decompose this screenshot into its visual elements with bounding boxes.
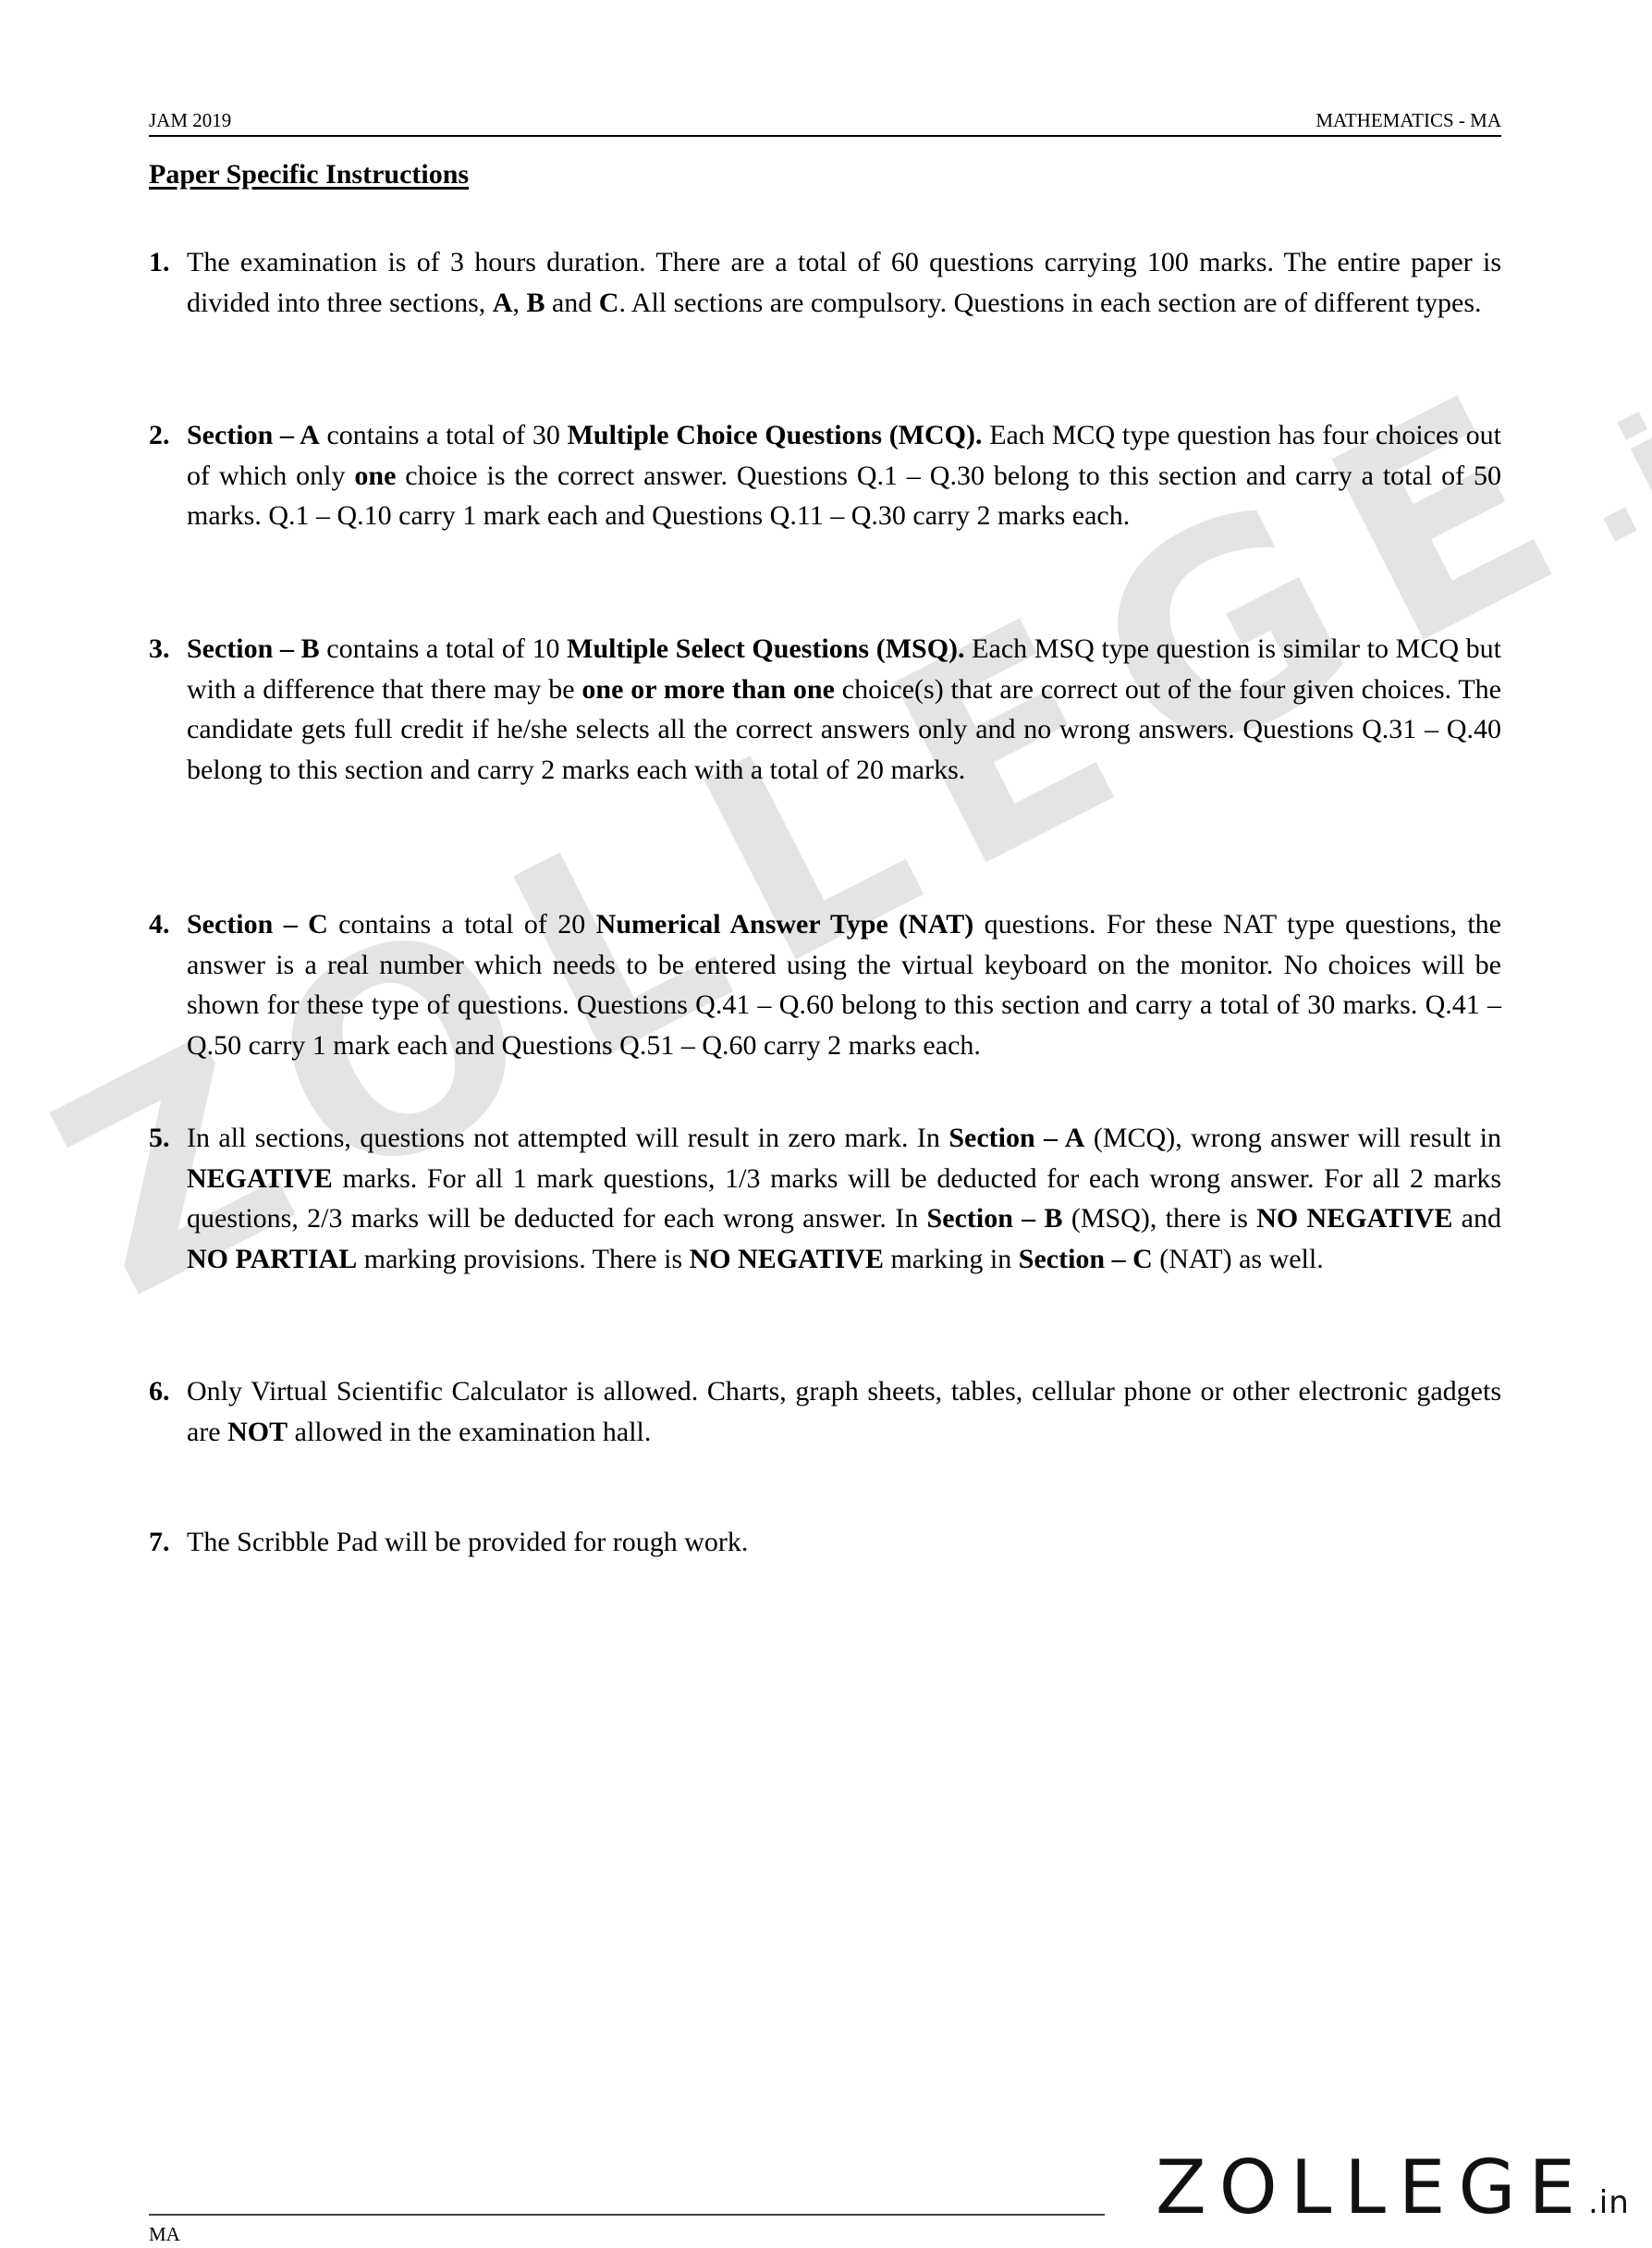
emphasis-text: NO NEGATIVE [1256,1203,1452,1234]
text-run: and [545,288,598,318]
instruction-item: 3. Section – B contains a total of 10 Mu… [149,629,1501,790]
item-text: The examination is of 3 hours duration. … [187,242,1501,323]
emphasis-text: Section – C [187,909,328,940]
emphasis-text: NO PARTIAL [187,1244,357,1274]
text-run: allowed in the examination hall. [288,1417,651,1447]
emphasis-text: NEGATIVE [187,1163,333,1194]
item-number: 3. [149,629,170,669]
emphasis-text: Multiple Select Questions (MSQ). [567,633,964,664]
emphasis-text: one or more than one [581,674,835,705]
text-run: marking provisions. There is [357,1244,689,1274]
item-number: 7. [149,1522,170,1563]
text-run: contains a total of 20 [328,909,596,940]
emphasis-text: NO NEGATIVE [690,1244,884,1274]
text-run: , [512,288,526,318]
emphasis-text: NOT [227,1417,288,1447]
emphasis-text: Section – B [927,1203,1063,1234]
text-run: and [1452,1203,1501,1234]
item-number: 6. [149,1371,170,1412]
emphasis-text: Section – A [948,1123,1084,1153]
instruction-item: 7. The Scribble Pad will be provided for… [149,1522,1501,1563]
instruction-item: 1. The examination is of 3 hours duratio… [149,242,1501,323]
logo-text: ZOLLEGE [1156,2144,1588,2230]
logo-tld: .in [1588,2184,1630,2221]
emphasis-text: one [354,461,396,491]
item-number: 5. [149,1118,170,1159]
item-number: 4. [149,904,170,945]
text-run: contains a total of 10 [320,633,567,664]
item-text: Section – A contains a total of 30 Multi… [187,415,1501,536]
emphasis-text: C [599,288,619,318]
footer-paper-code: MA [149,2223,180,2246]
item-text: In all sections, questions not attempted… [187,1118,1501,1279]
text-run: The Scribble Pad will be provided for ro… [187,1527,748,1557]
emphasis-text: Section – C [1019,1244,1153,1274]
zollege-logo: ZOLLEGE.in [1156,2151,1630,2225]
text-run: (MSQ), there is [1063,1203,1257,1234]
text-run: In all sections, questions not attempted… [187,1123,948,1153]
emphasis-text: Section – B [187,633,320,664]
instruction-item: 2. Section – A contains a total of 30 Mu… [149,415,1501,536]
item-number: 2. [149,415,170,456]
text-run: contains a total of 30 [320,420,568,450]
emphasis-text: B [526,288,545,318]
instruction-item: 6. Only Virtual Scientific Calculator is… [149,1371,1501,1452]
paper-subject: MATHEMATICS - MA [1315,109,1501,132]
emphasis-text: Multiple Choice Questions (MCQ). [568,420,983,450]
instruction-item: 5. In all sections, questions not attemp… [149,1118,1501,1279]
document-page: JAM 2019 MATHEMATICS - MA Paper Specific… [0,0,1652,2248]
text-run: (MCQ), wrong answer will result in [1084,1123,1501,1153]
text-run: (NAT) as well. [1153,1244,1324,1274]
item-text: Section – B contains a total of 10 Multi… [187,629,1501,790]
exam-name: JAM 2019 [149,109,231,132]
item-number: 1. [149,242,170,283]
text-run: . All sections are compulsory. Questions… [618,288,1481,318]
item-text: Only Virtual Scientific Calculator is al… [187,1371,1501,1452]
instruction-item: 4. Section – C contains a total of 20 Nu… [149,904,1501,1065]
footer-divider [149,2214,1105,2216]
item-text: Section – C contains a total of 20 Numer… [187,904,1501,1065]
emphasis-text: Section – A [187,420,320,450]
text-run: marking in [884,1244,1019,1274]
page-header: JAM 2019 MATHEMATICS - MA [149,109,1501,137]
emphasis-text: A [493,288,513,318]
item-text: The Scribble Pad will be provided for ro… [187,1522,1501,1563]
page-title: Paper Specific Instructions [149,159,469,190]
emphasis-text: Numerical Answer Type (NAT) [596,909,974,940]
